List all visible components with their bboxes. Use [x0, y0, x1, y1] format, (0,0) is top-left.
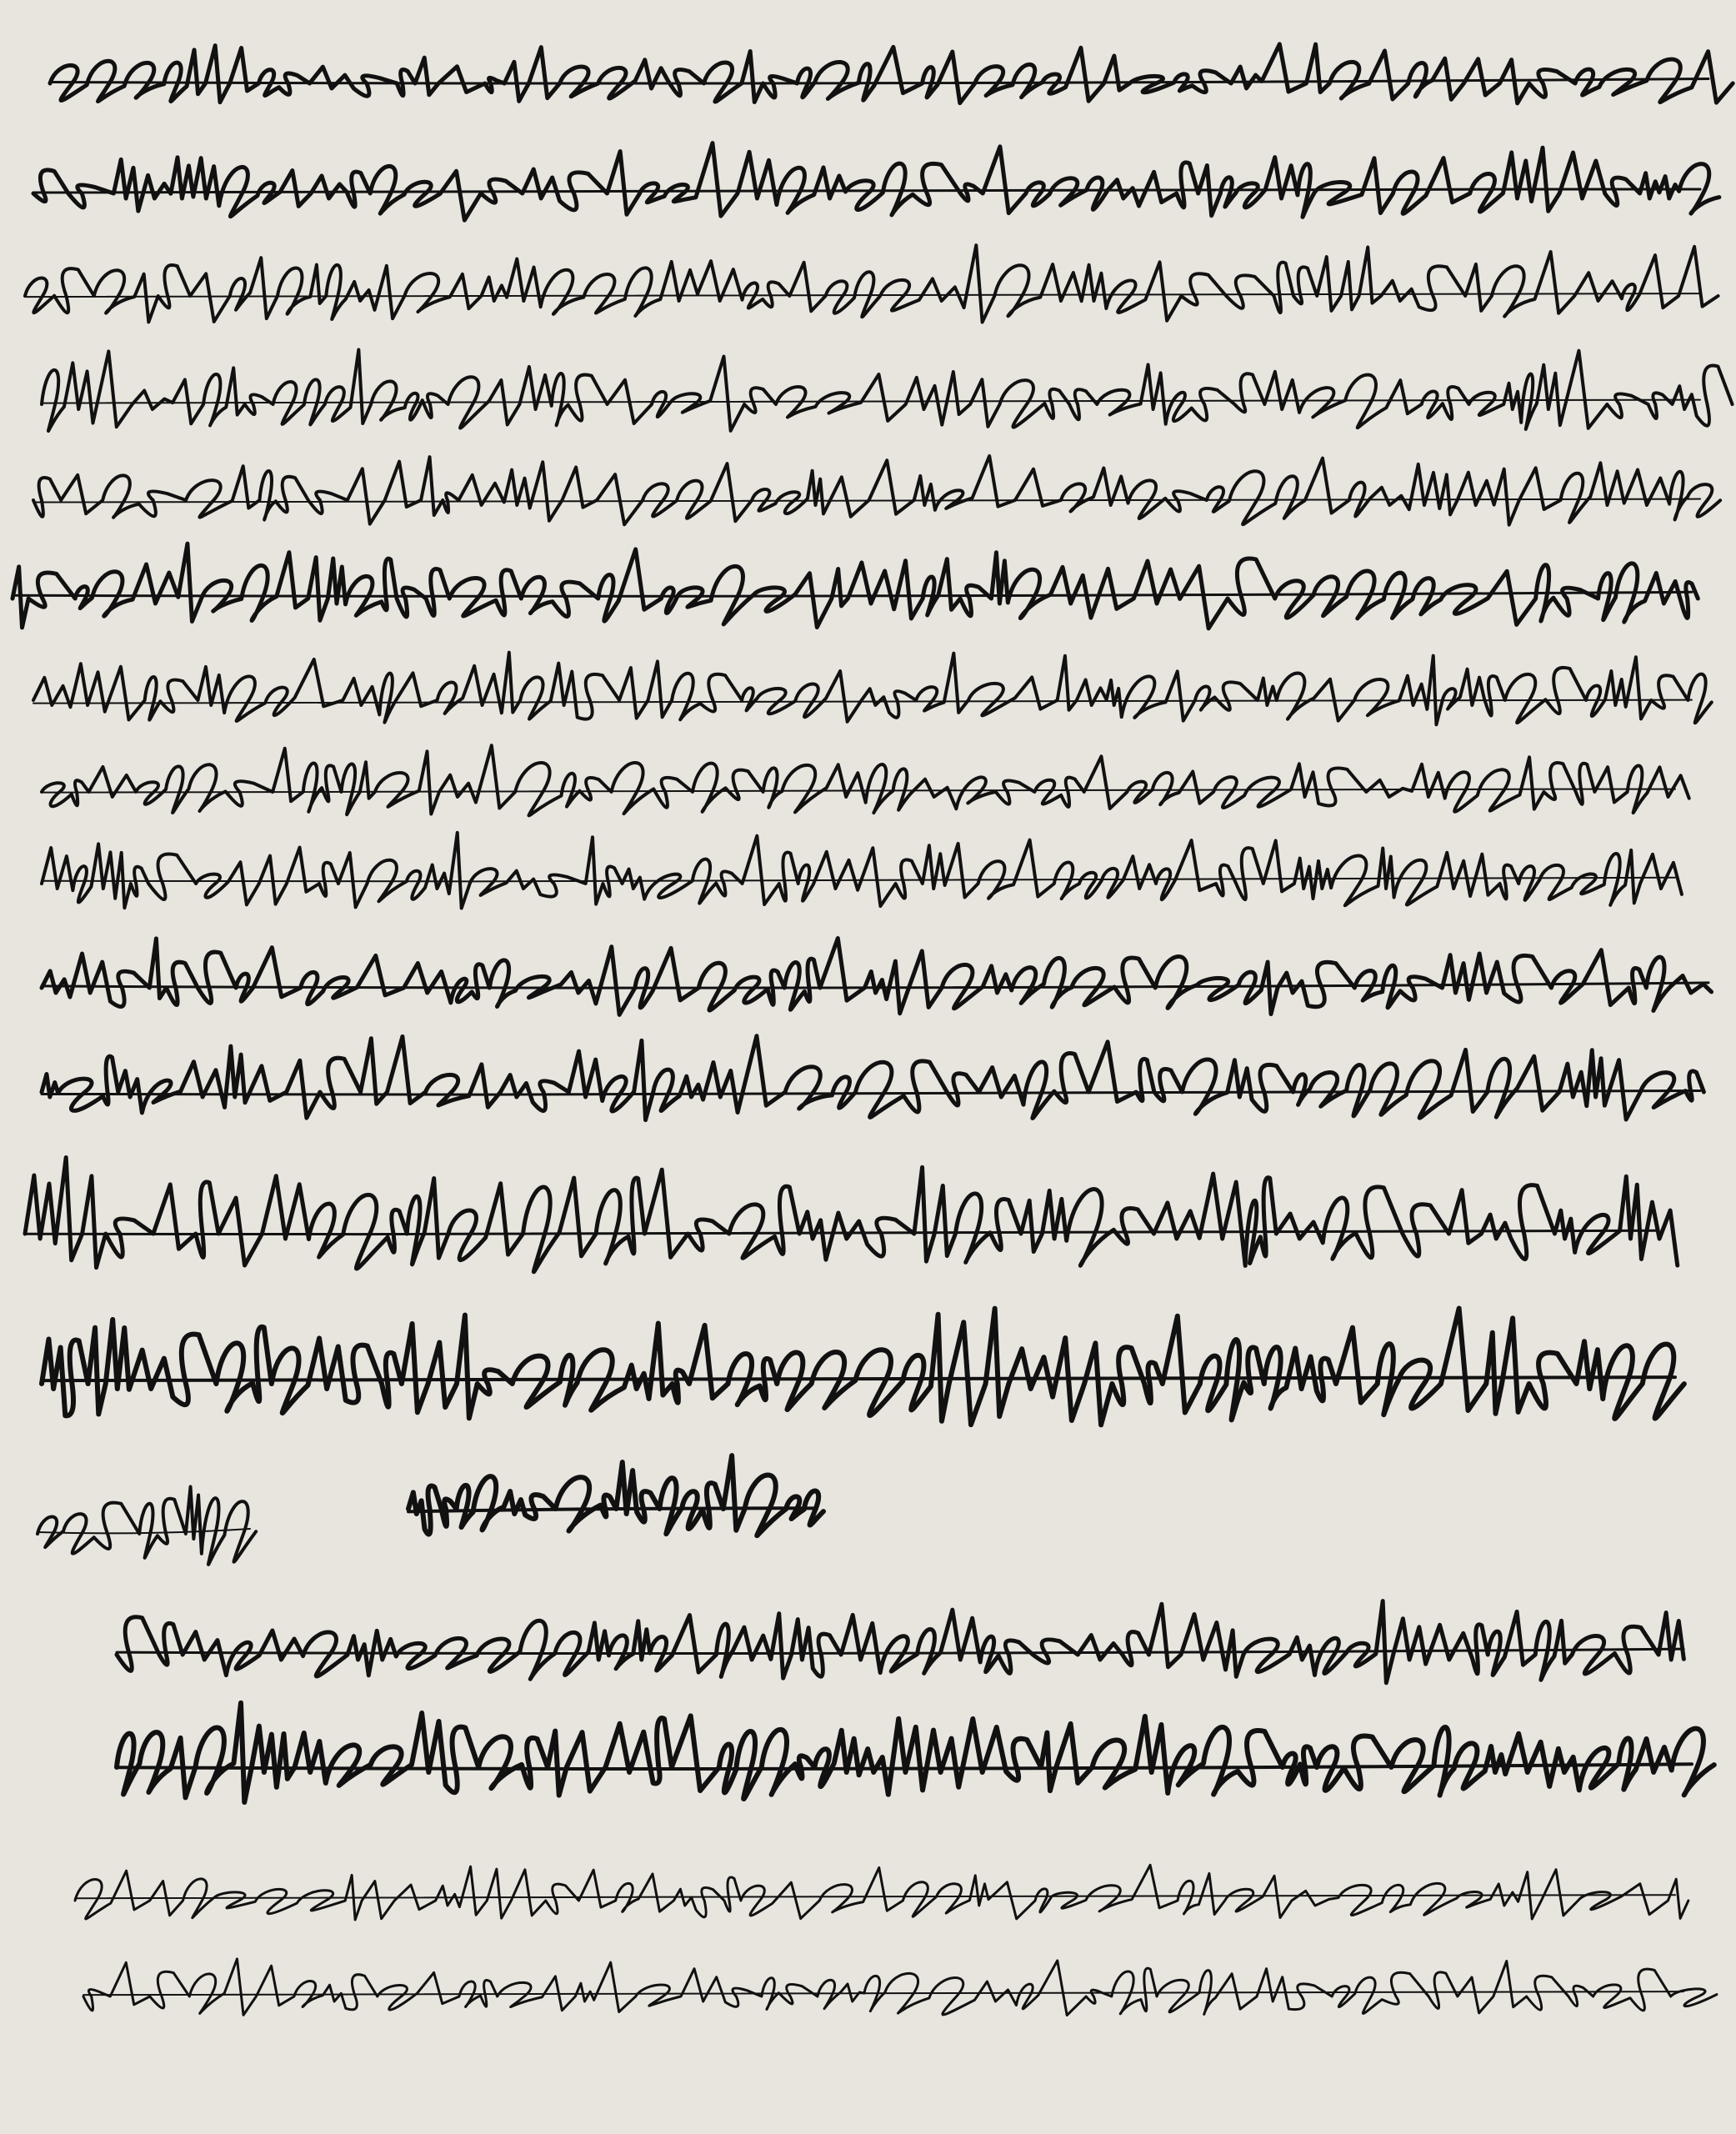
scribble-line — [42, 833, 1682, 909]
scribble-line — [25, 245, 1718, 322]
scribble-line — [42, 350, 1733, 432]
scribble-line — [42, 745, 1689, 815]
scribble-line — [33, 143, 1719, 221]
scribble-line — [25, 1157, 1678, 1271]
scribble-line — [13, 544, 1698, 629]
scribble-line — [33, 653, 1712, 725]
scribble-line — [38, 1487, 256, 1565]
scribble-line — [42, 1309, 1684, 1425]
scribble-line — [408, 1455, 823, 1535]
asemic-writing — [0, 0, 1736, 2134]
scribble-line — [33, 456, 1720, 525]
scribble-line — [117, 1601, 1683, 1683]
scribble-line — [42, 939, 1712, 1015]
handwritten-page — [0, 0, 1736, 2134]
scribble-line — [117, 1703, 1714, 1802]
scribble-line — [50, 44, 1733, 103]
scribble-line — [83, 1959, 1717, 2016]
scribble-line — [75, 1865, 1688, 1920]
scribble-line — [42, 1036, 1703, 1120]
